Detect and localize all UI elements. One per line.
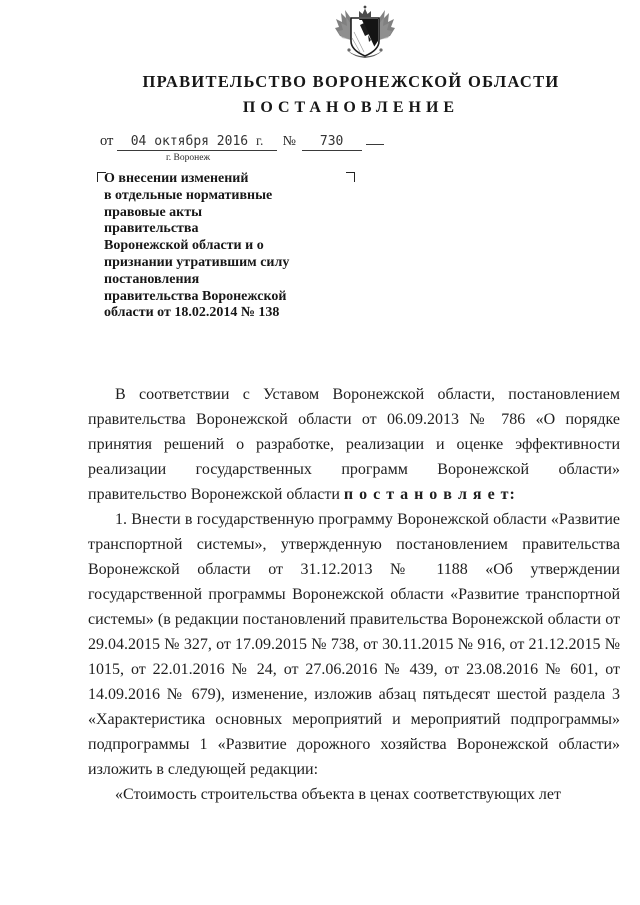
title-line: правительства Воронежской bbox=[104, 289, 350, 306]
title-line: области от 18.02.2014 № 138 bbox=[104, 305, 350, 322]
city-label: г. Воронеж bbox=[112, 153, 264, 163]
title-line: постановления bbox=[104, 272, 350, 289]
title-line: в отдельные нормативные bbox=[104, 188, 350, 205]
preamble-paragraph: В соответствии с Уставом Воронежской обл… bbox=[88, 382, 620, 507]
date-prefix-label: от bbox=[100, 133, 113, 149]
number-field-tail-line bbox=[366, 143, 384, 145]
date-number-line: от 04 октября 2016 г. № 730 bbox=[100, 133, 384, 151]
title-line: правовые акты bbox=[104, 205, 350, 222]
title-line: О внесении изменений bbox=[104, 171, 350, 188]
number-sign-label: № bbox=[281, 134, 298, 149]
clause-1-paragraph: 1. Внести в государственную программу Во… bbox=[88, 507, 620, 782]
document-type-title: ПОСТАНОВЛЕНИЕ bbox=[88, 99, 614, 117]
date-field: 04 октября 2016 г. bbox=[117, 133, 277, 151]
coat-of-arms-icon bbox=[328, 4, 402, 60]
org-name: ПРАВИТЕЛЬСТВО ВОРОНЕЖСКОЙ ОБЛАСТИ bbox=[88, 72, 614, 92]
quoted-text-paragraph: «Стоимость строительства объекта в ценах… bbox=[88, 782, 620, 807]
title-line: признании утратившим силу bbox=[104, 255, 350, 272]
document-body: В соответствии с Уставом Воронежской обл… bbox=[88, 382, 620, 807]
document-page: ПРАВИТЕЛЬСТВО ВОРОНЕЖСКОЙ ОБЛАСТИ ПОСТАН… bbox=[0, 0, 640, 905]
resolves-keyword: п о с т а н о в л я е т: bbox=[344, 486, 516, 503]
document-title: О внесении изменений в отдельные нормати… bbox=[104, 171, 350, 322]
number-field: 730 bbox=[302, 134, 362, 151]
title-line: правительства bbox=[104, 221, 350, 238]
title-line: Воронежской области и о bbox=[104, 238, 350, 255]
